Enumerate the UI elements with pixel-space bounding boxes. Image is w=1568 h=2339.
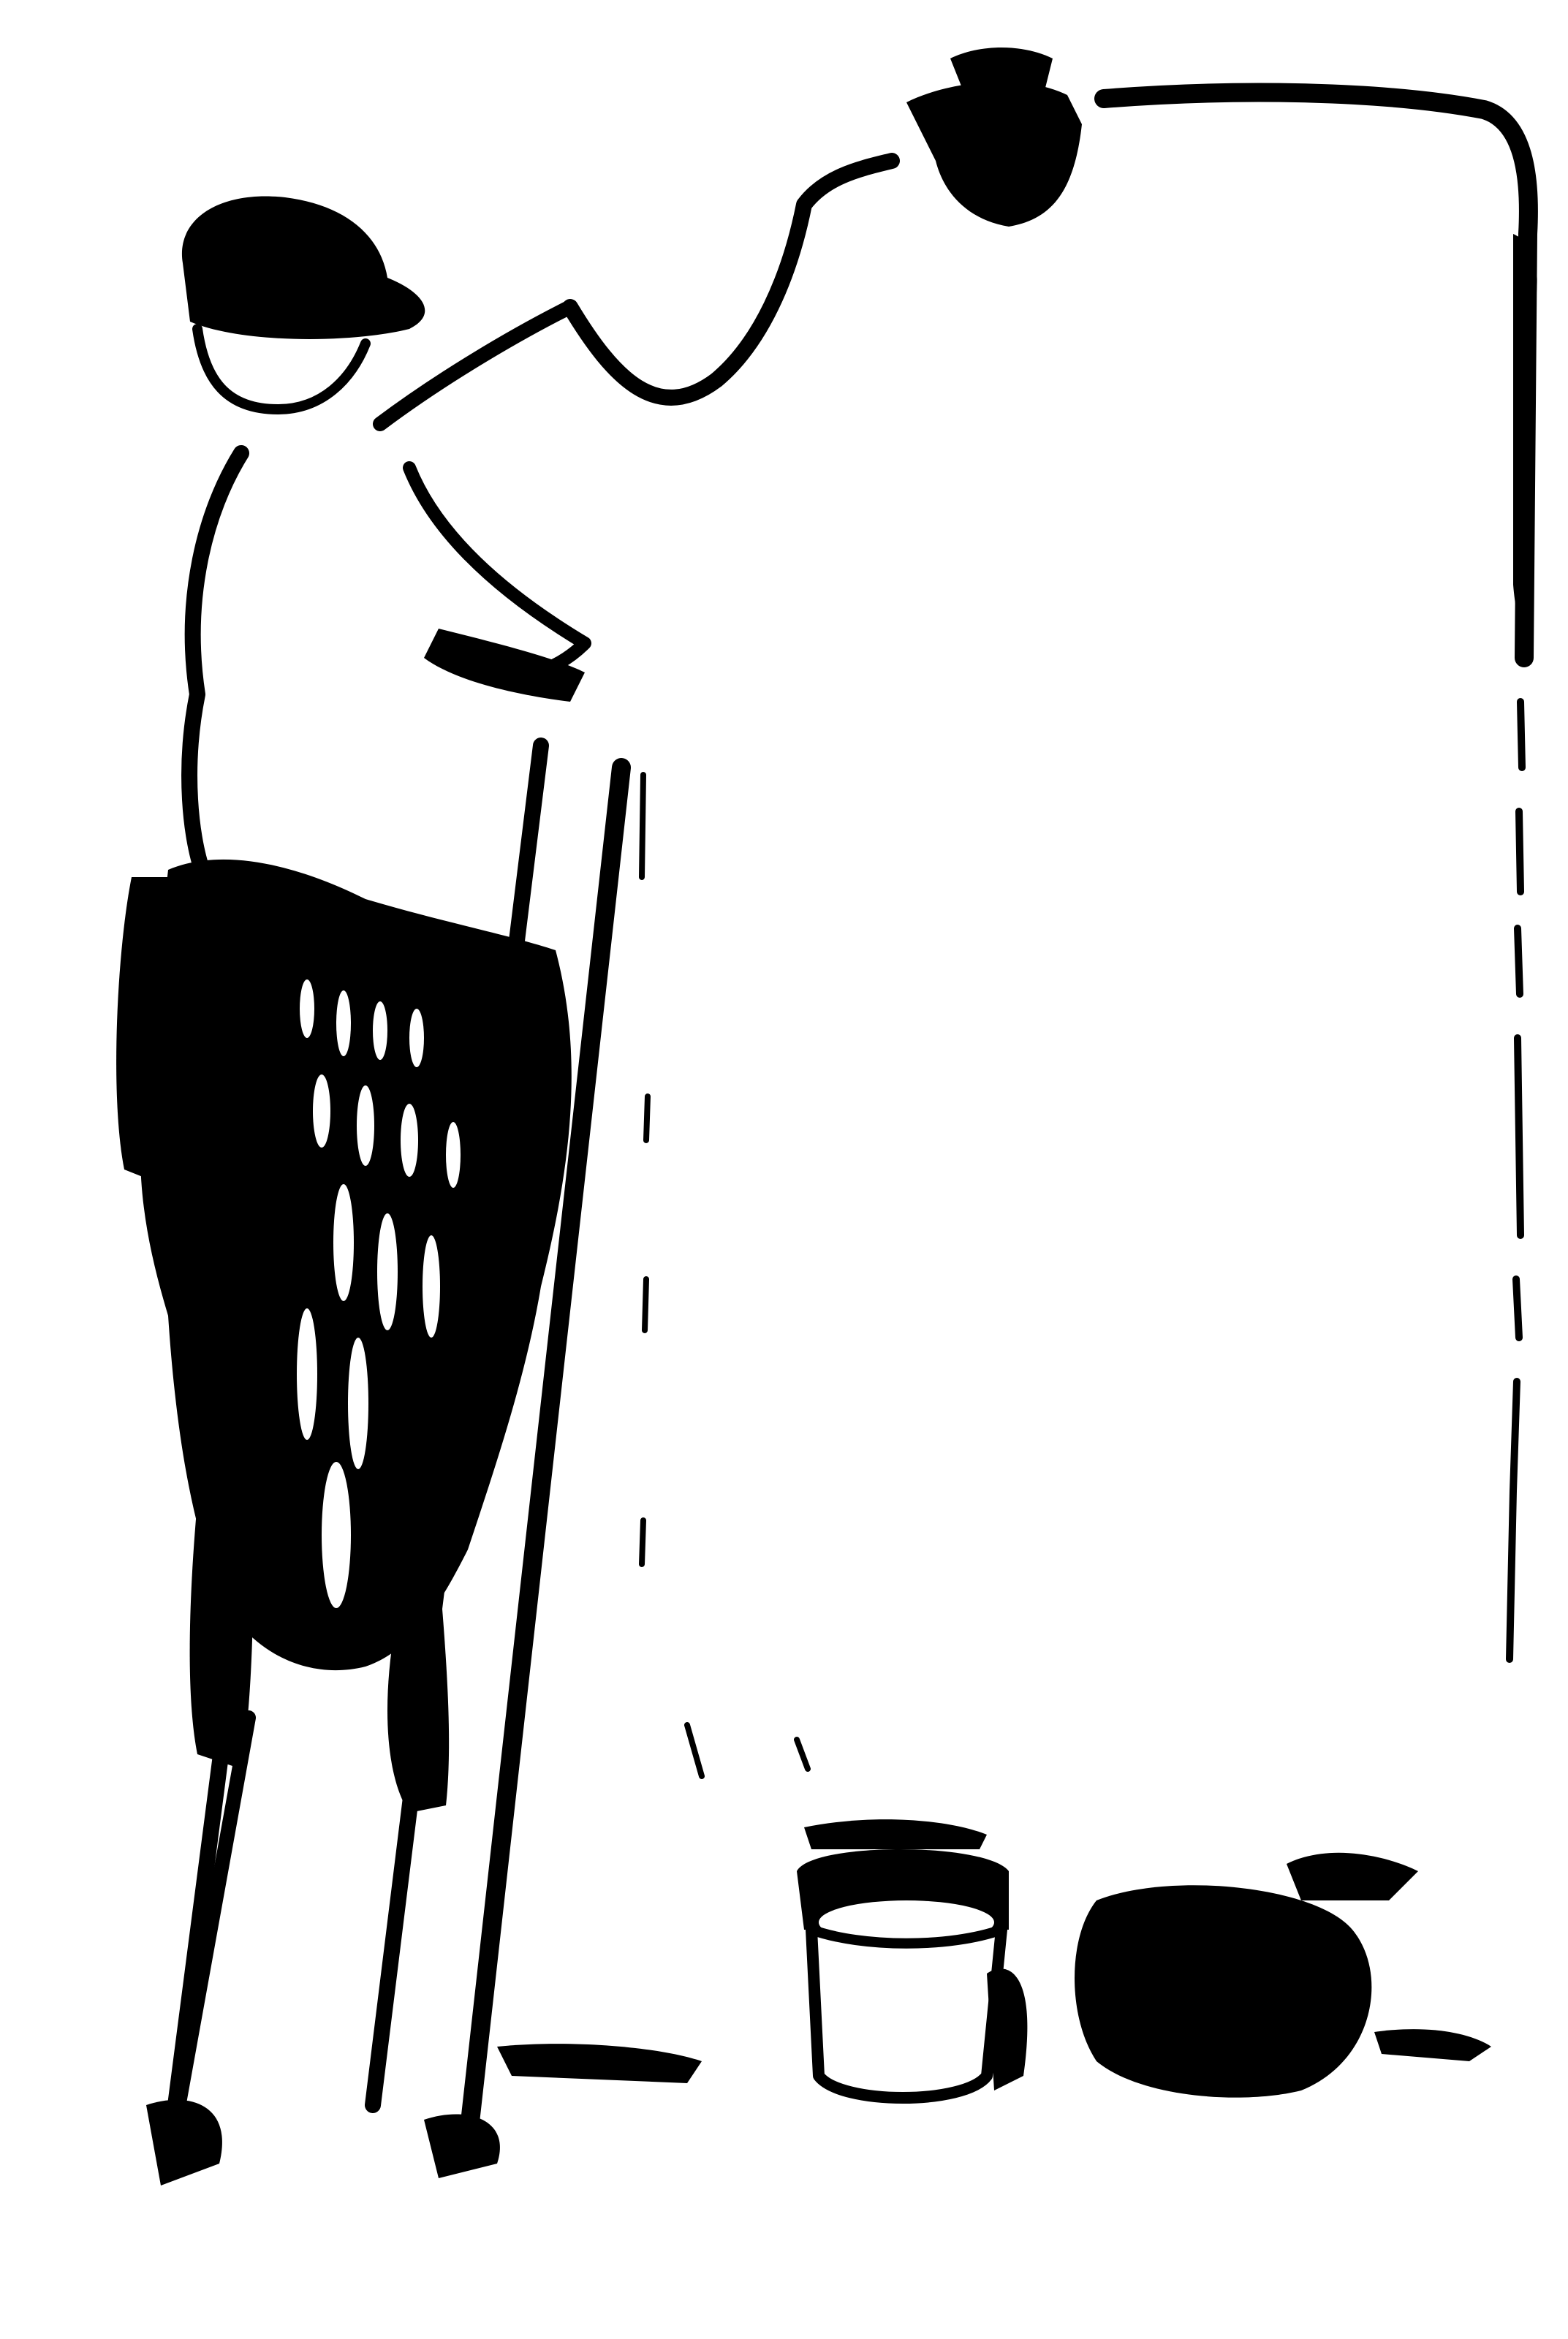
paint-brush <box>906 82 1082 227</box>
blank-sign <box>642 93 1537 1776</box>
bowler-hat <box>182 196 425 338</box>
painter-illustration <box>0 0 1568 2339</box>
paint-bucket <box>797 1849 1027 2098</box>
